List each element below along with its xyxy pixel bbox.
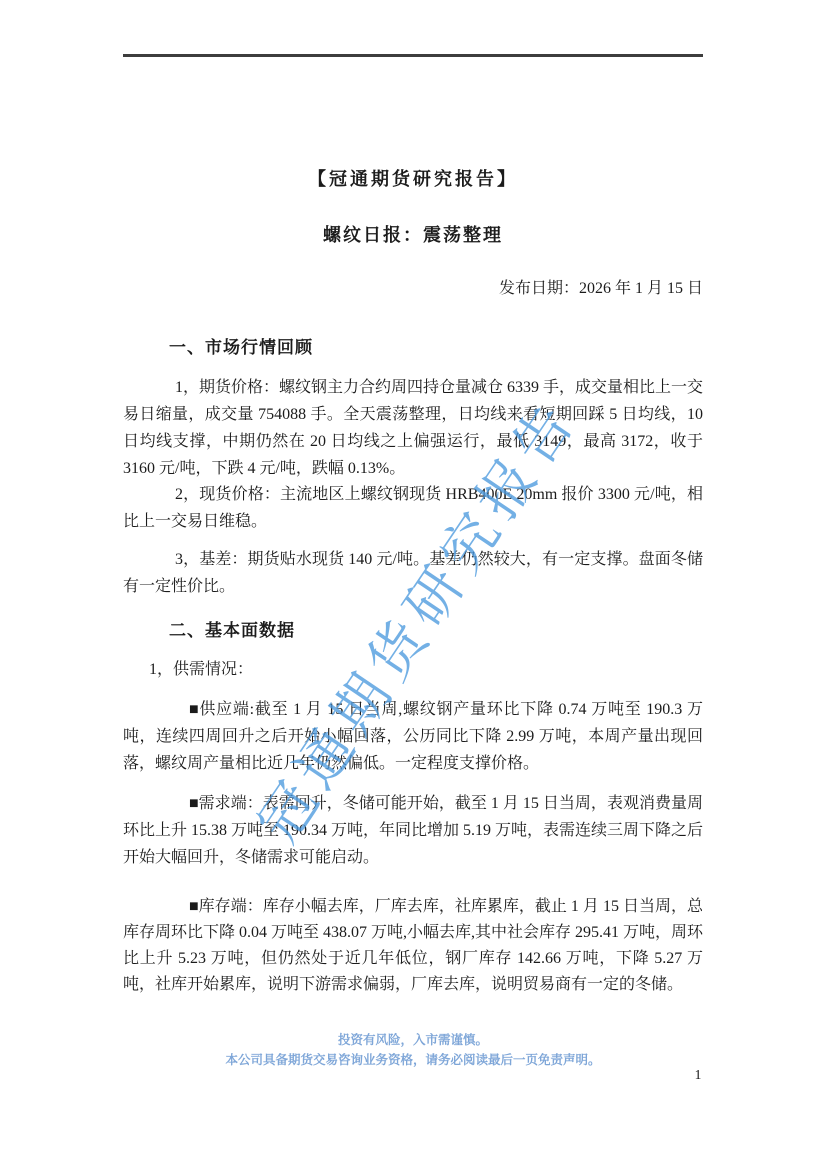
demand-side-paragraph: ■需求端：表需回升，冬储可能开始，截至 1 月 15 日当周，表观消费量周环比上… — [123, 790, 703, 871]
footer-qualification-line: 本公司具备期货交易咨询业务资格，请务必阅读最后一页免责声明。 — [123, 1050, 703, 1070]
futures-price-paragraph: 1，期货价格：螺纹钢主力合约周四持仓量减仓 6339 手，成交量相比上一交易日缩… — [123, 374, 703, 482]
report-title: 【冠通期货研究报告】 — [123, 165, 703, 191]
spot-price-paragraph: 2，现货价格：主流地区上螺纹钢现货 HRB400E 20mm 报价 3300 元… — [123, 481, 703, 535]
page-number: 1 — [688, 1067, 708, 1083]
footer-risk-line: 投资有风险，入市需谨慎。 — [123, 1030, 703, 1050]
header-rule — [123, 54, 703, 57]
basis-paragraph: 3，基差：期货贴水现货 140 元/吨。基差仍然较大，有一定支撑。盘面冬储有一定… — [123, 546, 703, 600]
inventory-side-paragraph: ■库存端：库存小幅去库，厂库去库，社库累库，截止 1 月 15 日当周，总库存周… — [123, 894, 703, 998]
section-1-heading: 一、市场行情回顾 — [123, 333, 749, 358]
supply-side-paragraph: ■供应端:截至 1 月 15 日当周,螺纹钢产量环比下降 0.74 万吨至 19… — [123, 696, 703, 777]
report-subtitle: 螺纹日报：震荡整理 — [123, 221, 703, 247]
section-2-heading: 二、基本面数据 — [123, 616, 749, 641]
supply-demand-subheading: 1，供需情况： — [123, 656, 729, 679]
report-page: 【冠通期货研究报告】 螺纹日报：震荡整理 发布日期：2026 年 1 月 15 … — [0, 0, 826, 1169]
footer-disclaimer: 投资有风险，入市需谨慎。 本公司具备期货交易咨询业务资格，请务必阅读最后一页免责… — [123, 1030, 703, 1070]
publish-date: 发布日期：2026 年 1 月 15 日 — [123, 275, 703, 298]
